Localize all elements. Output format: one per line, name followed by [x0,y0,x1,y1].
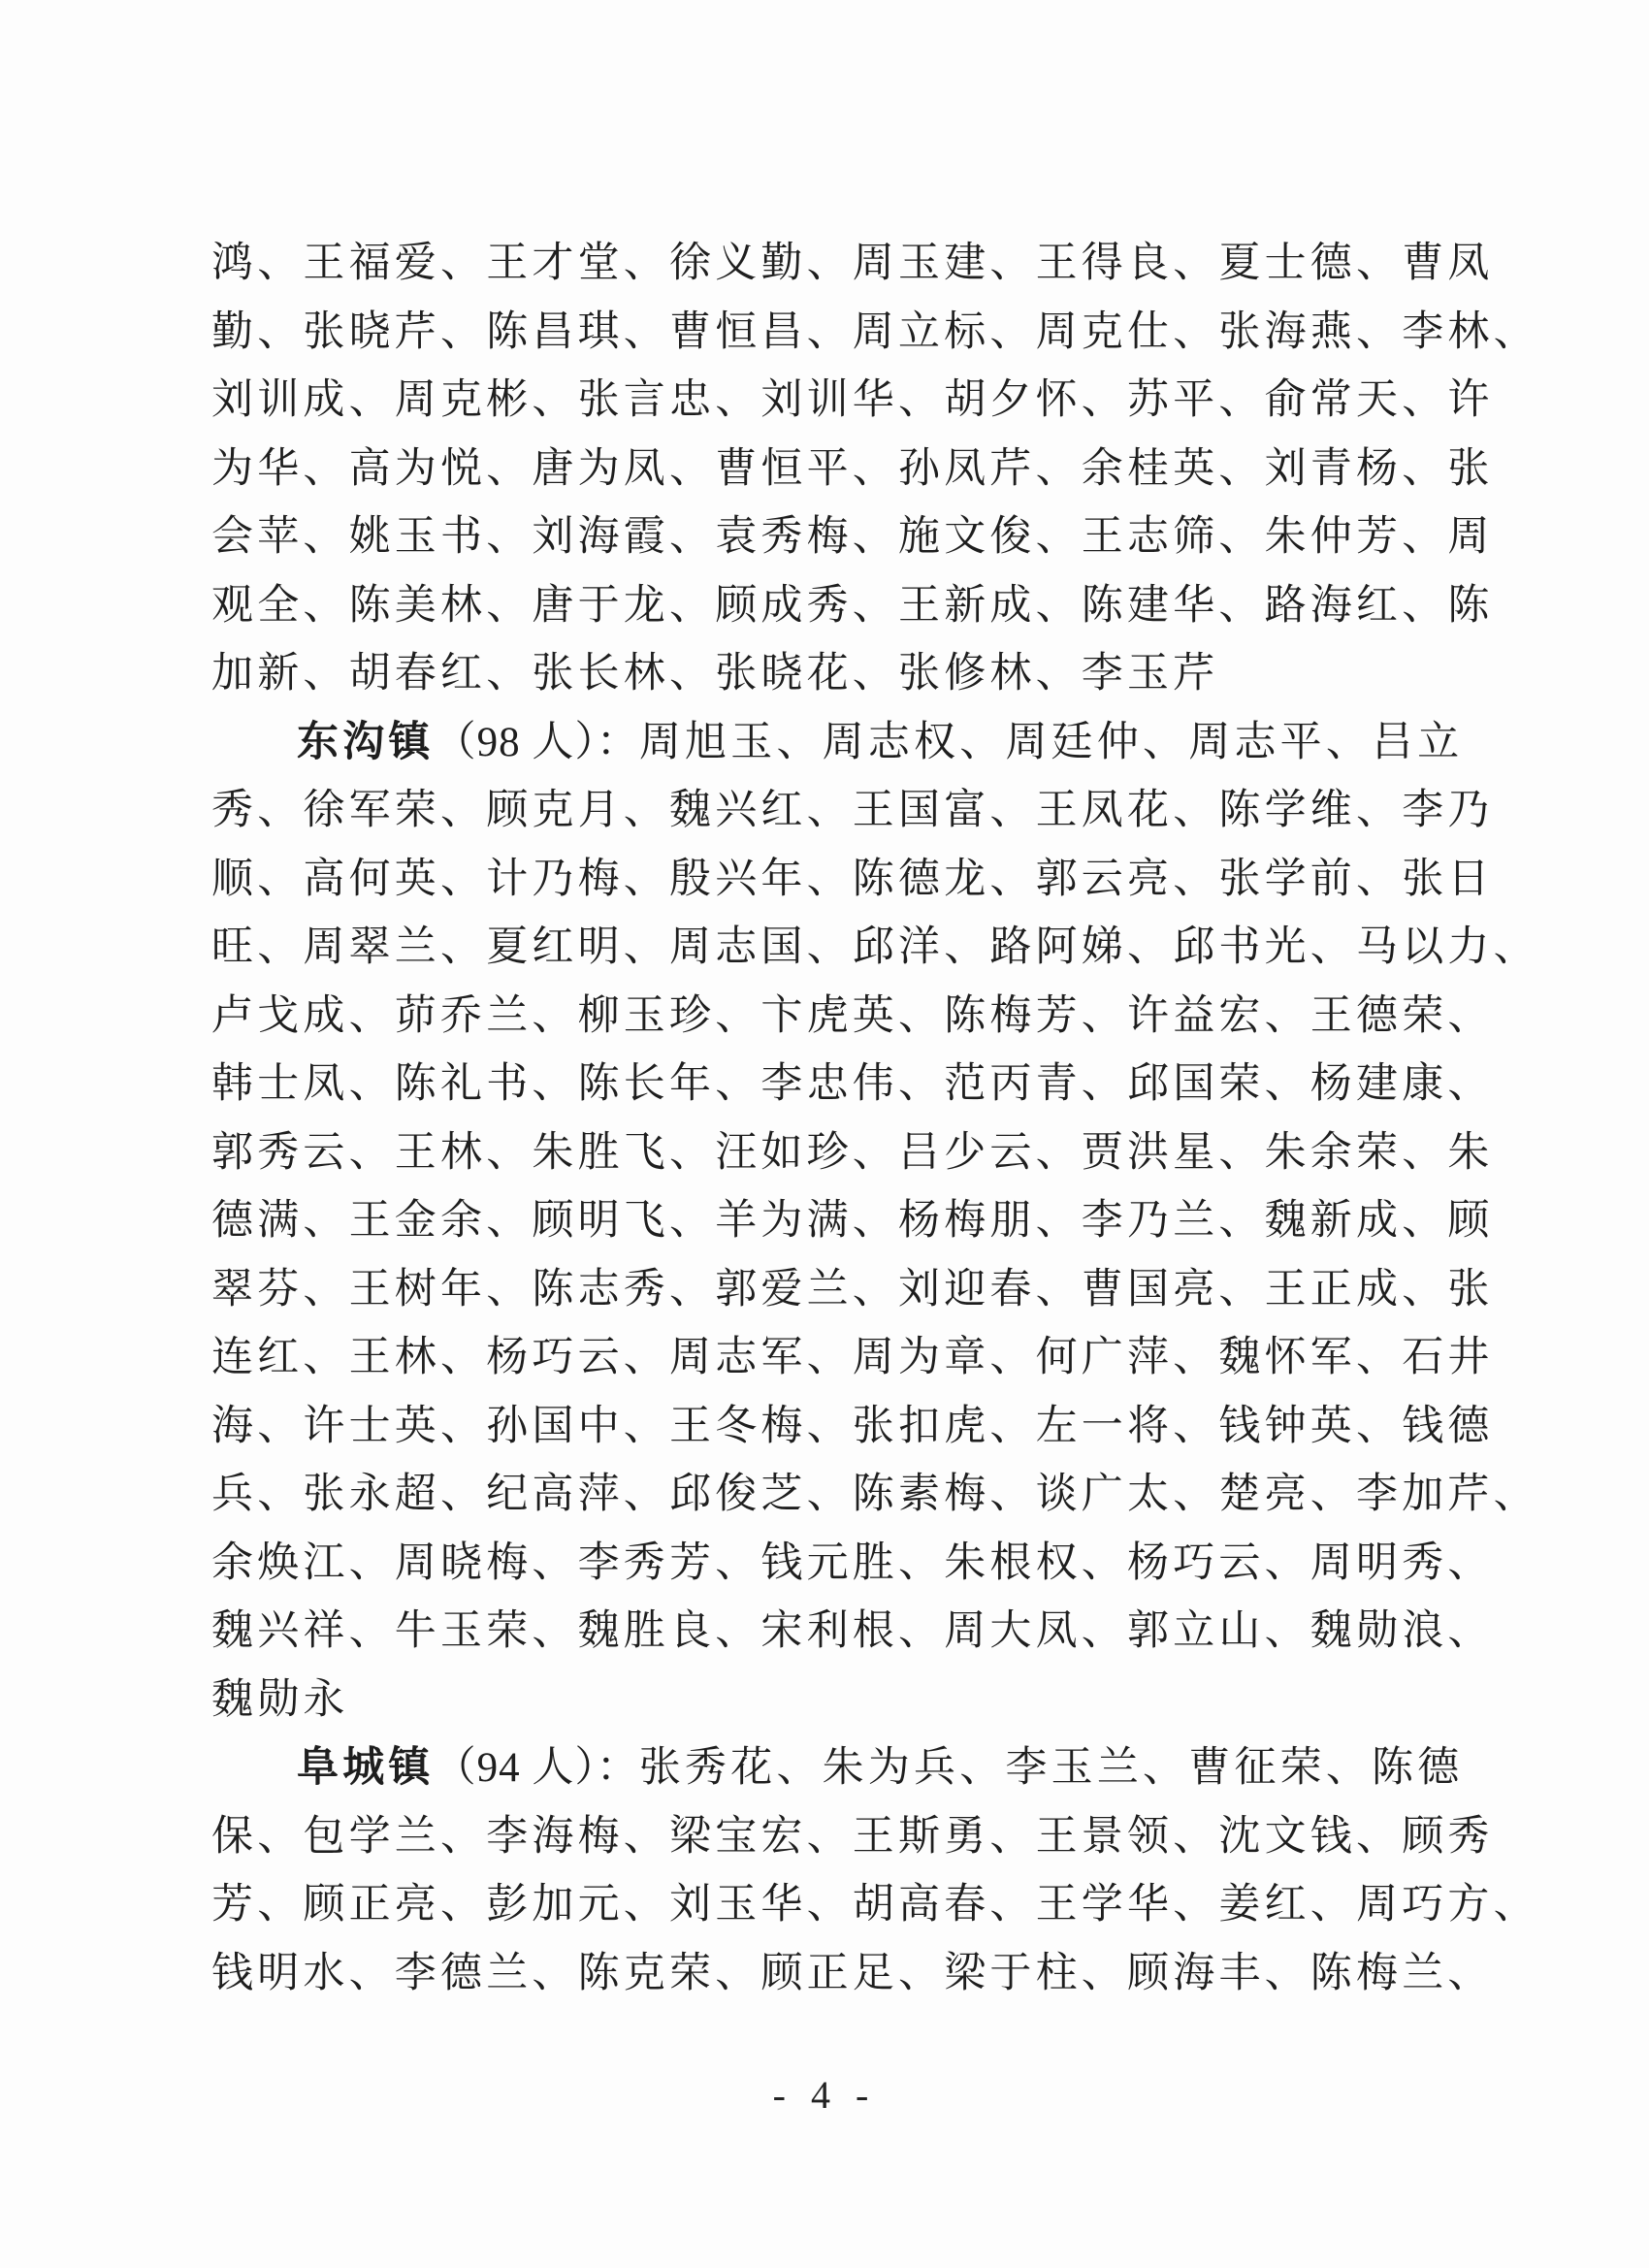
person-count: （98 人）： [435,720,639,765]
text-line: 翠芬、王树年、陈志秀、郭爱兰、刘迎春、曹国亮、王正成、张 [211,1255,1443,1324]
text-line: 连红、王林、杨巧云、周志军、周为章、何广萍、魏怀军、石井 [211,1323,1443,1392]
text-line: 秀、徐军荣、顾克月、魏兴红、王国富、王凤花、陈学维、李乃 [211,776,1443,845]
text-line: 张秀花、朱为兵、李玉兰、曹征荣、陈德 [639,1743,1464,1792]
text-line: 会苹、姚玉书、刘海霞、袁秀梅、施文俊、王志筛、朱仲芳、周 [211,502,1443,571]
text-line: 郭秀云、王林、朱胜飞、汪如珍、吕少云、贾洪星、朱余荣、朱 [211,1118,1443,1187]
town-name: 东沟镇 [297,718,435,766]
text-line: 钱明水、李德兰、陈克荣、顾正足、梁于柱、顾海丰、陈梅兰、 [211,1939,1443,2008]
text-line: 刘训成、周克彬、张言忠、刘训华、胡夕怀、苏平、俞常天、许 [211,366,1443,435]
text-line: 魏勋永 [211,1666,1443,1734]
text-line: 鸿、王福爱、王才堂、徐义勤、周玉建、王得良、夏士德、曹凤 [211,229,1443,298]
text-line: 旺、周翠兰、夏红明、周志国、邱洋、路阿娣、邱书光、马以力、 [211,913,1443,982]
text-line: 加新、胡春红、张长林、张晓花、张修林、李玉芹 [211,639,1443,708]
text-line: 勤、张晓芹、陈昌琪、曹恒昌、周立标、周克仕、张海燕、李林、 [211,298,1443,367]
text-line: 顺、高何英、计乃梅、殷兴年、陈德龙、郭云亮、张学前、张日 [211,845,1443,914]
text-line: 观全、陈美林、唐于龙、顾成秀、王新成、陈建华、路海红、陈 [211,571,1443,640]
text-line: 德满、王金余、顾明飞、羊为满、杨梅朋、李乃兰、魏新成、顾 [211,1186,1443,1255]
town-name: 阜城镇 [297,1743,435,1792]
page-number: - 4 - [0,2072,1649,2118]
text-line: 为华、高为悦、唐为凤、曹恒平、孙凤芹、余桂英、刘青杨、张 [211,435,1443,503]
document-page: 鸿、王福爱、王才堂、徐义勤、周玉建、王得良、夏士德、曹凤 勤、张晓芹、陈昌琪、曹… [0,0,1649,2268]
text-line: 海、许士英、孙国中、王冬梅、张扣虎、左一将、钱钟英、钱德 [211,1392,1443,1461]
text-line: 魏兴祥、牛玉荣、魏胜良、宋利根、周大凤、郭立山、魏勋浪、 [211,1597,1443,1666]
text-line: 周旭玉、周志权、周廷仲、周志平、吕立 [639,718,1464,766]
text-line: 余焕江、周晓梅、李秀芳、钱元胜、朱根权、杨巧云、周明秀、 [211,1529,1443,1598]
text-line: 兵、张永超、纪高萍、邱俊芝、陈素梅、谈广太、楚亮、李加芹、 [211,1460,1443,1529]
text-line: 卢戈成、茆乔兰、柳玉珍、卞虎英、陈梅芳、许益宏、王德荣、 [211,982,1443,1051]
section-heading-line: 阜城镇（94 人）：张秀花、朱为兵、李玉兰、曹征荣、陈德 [211,1733,1443,1802]
name-list-body: 鸿、王福爱、王才堂、徐义勤、周玉建、王得良、夏士德、曹凤 勤、张晓芹、陈昌琪、曹… [211,229,1443,2007]
person-count: （94 人）： [435,1745,639,1791]
section-heading-line: 东沟镇（98 人）：周旭玉、周志权、周廷仲、周志平、吕立 [211,708,1443,777]
text-line: 保、包学兰、李海梅、梁宝宏、王斯勇、王景领、沈文钱、顾秀 [211,1802,1443,1871]
text-line: 韩士凤、陈礼书、陈长年、李忠伟、范丙青、邱国荣、杨建康、 [211,1050,1443,1118]
text-line: 芳、顾正亮、彭加元、刘玉华、胡高春、王学华、姜红、周巧方、 [211,1870,1443,1939]
